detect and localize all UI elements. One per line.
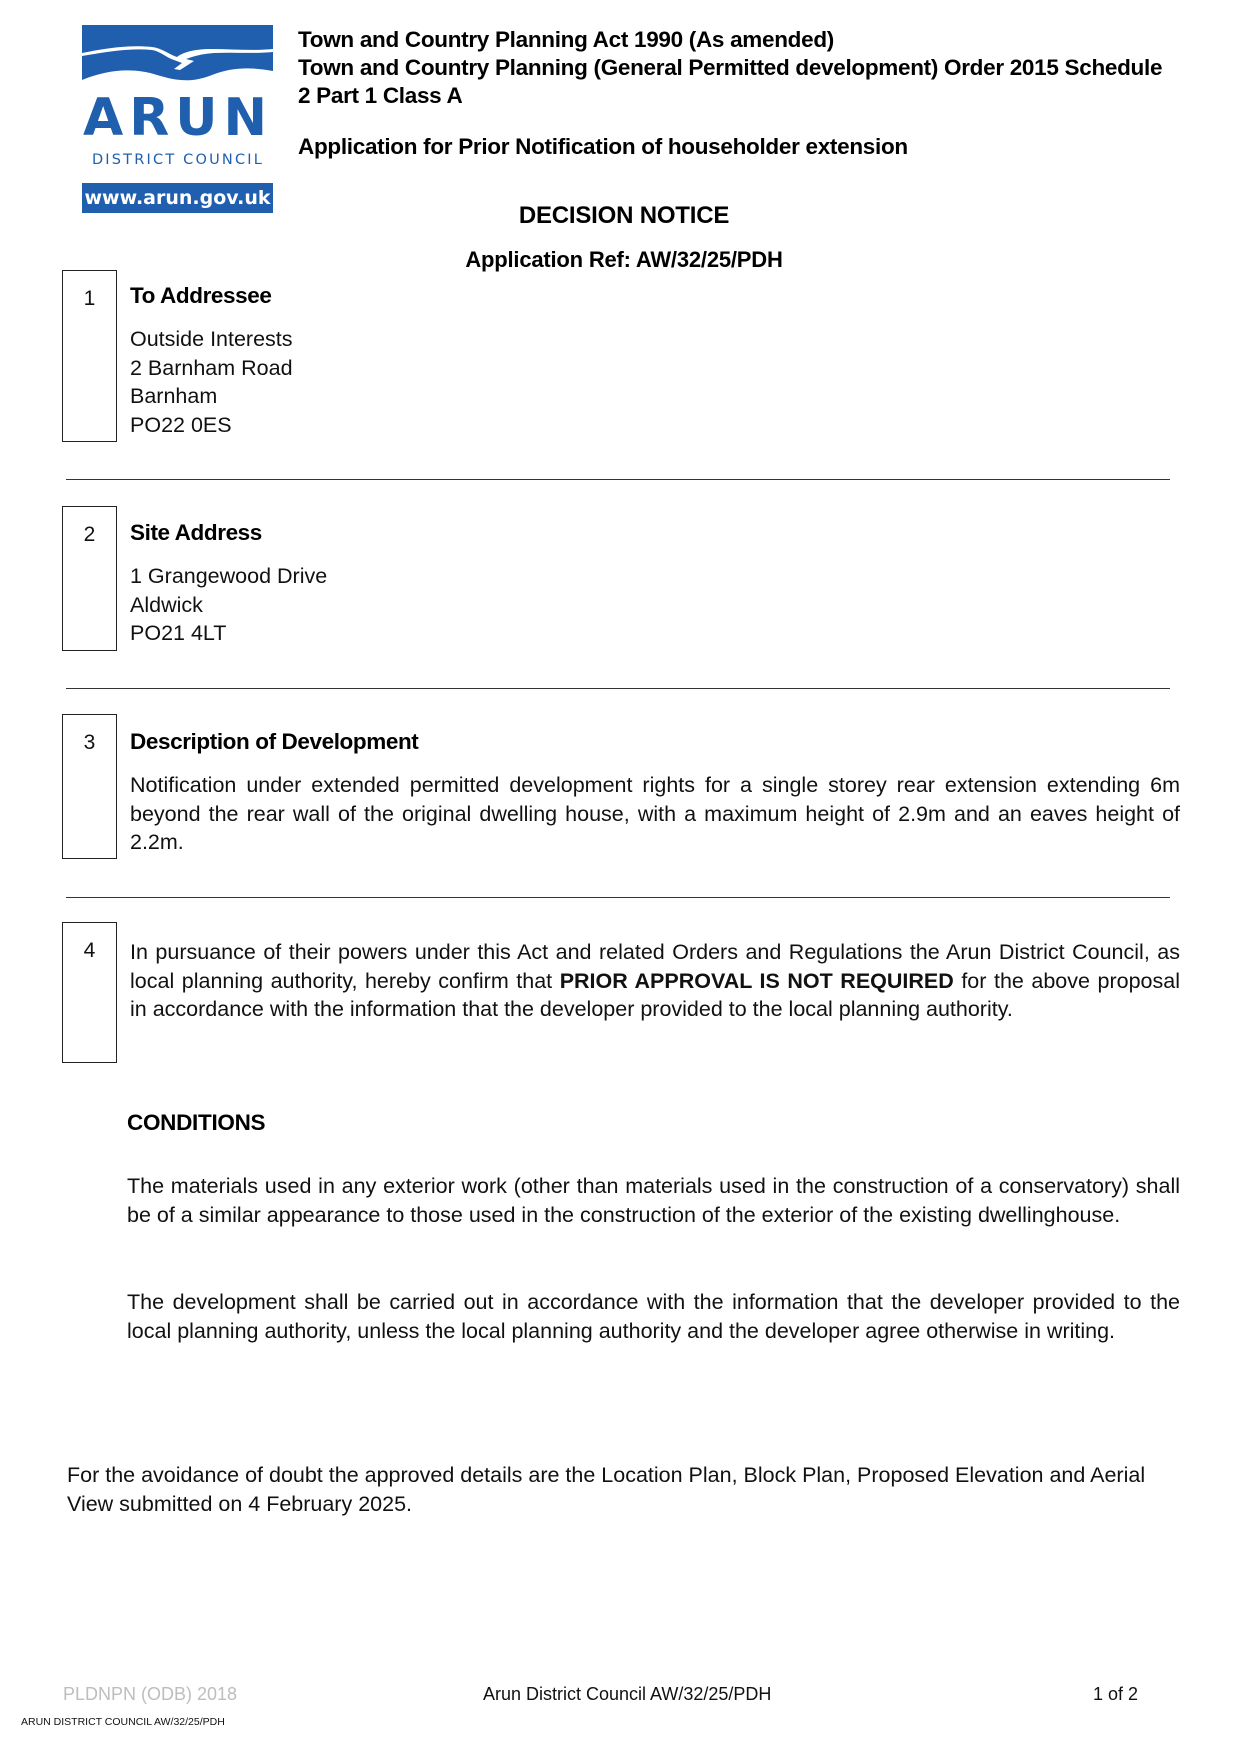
application-reference: Application Ref: AW/32/25/PDH [0, 247, 1240, 273]
address-line: 1 Grangewood Drive [130, 562, 327, 591]
section-number-box: 1 [62, 270, 117, 442]
legislation-heading: Town and Country Planning Act 1990 (As a… [298, 26, 1178, 110]
document-title: DECISION NOTICE [0, 202, 1240, 230]
section-title-description: Description of Development [130, 729, 418, 755]
address-line: PO21 4LT [130, 619, 327, 648]
logo-wordmark: ARUN [80, 92, 276, 144]
address-line: Outside Interests [130, 325, 293, 354]
address-line: Aldwick [130, 591, 327, 620]
application-type: Application for Prior Notification of ho… [298, 133, 908, 161]
development-description: Notification under extended permitted de… [130, 771, 1180, 857]
form-code: PLDNPN (ODB) 2018 [63, 1684, 237, 1705]
address-line: Barnham [130, 382, 293, 411]
heading-line: Town and Country Planning Act 1990 (As a… [298, 26, 1178, 54]
condition-item: The development shall be carried out in … [127, 1288, 1180, 1345]
logo-emblem [82, 25, 273, 87]
conditions-heading: CONDITIONS [127, 1110, 265, 1136]
section-title-addressee: To Addressee [130, 283, 272, 309]
decision-statement: In pursuance of their powers under this … [130, 938, 1180, 1024]
page-number: 1 of 2 [1093, 1684, 1138, 1705]
section-number: 3 [63, 731, 116, 755]
section-number-box: 2 [62, 506, 117, 651]
section-number: 2 [63, 523, 116, 547]
condition-item: The materials used in any exterior work … [127, 1172, 1180, 1229]
section-divider [66, 688, 1170, 689]
seagull-waves-icon [82, 25, 273, 87]
address-line: 2 Barnham Road [130, 354, 293, 383]
section-number-box: 4 [62, 922, 117, 1063]
heading-line: Town and Country Planning (General Permi… [298, 54, 1178, 82]
address-line: PO22 0ES [130, 411, 293, 440]
addressee-address: Outside Interests 2 Barnham Road Barnham… [130, 325, 293, 440]
section-number: 1 [63, 287, 116, 311]
approved-details-note: For the avoidance of doubt the approved … [67, 1461, 1177, 1518]
section-number-box: 3 [62, 714, 117, 859]
section-number: 4 [63, 939, 116, 963]
site-address: 1 Grangewood Drive Aldwick PO21 4LT [130, 562, 327, 648]
section-divider [66, 479, 1170, 480]
section-divider [66, 897, 1170, 898]
section-title-site-address: Site Address [130, 520, 262, 546]
footer-small-reference: ARUN DISTRICT COUNCIL AW/32/25/PDH [21, 1716, 225, 1728]
decision-outcome: PRIOR APPROVAL IS NOT REQUIRED [560, 969, 954, 993]
footer-reference: Arun District Council AW/32/25/PDH [483, 1684, 771, 1705]
heading-line: 2 Part 1 Class A [298, 82, 1178, 110]
logo-subtitle: DISTRICT COUNCIL [80, 151, 276, 169]
